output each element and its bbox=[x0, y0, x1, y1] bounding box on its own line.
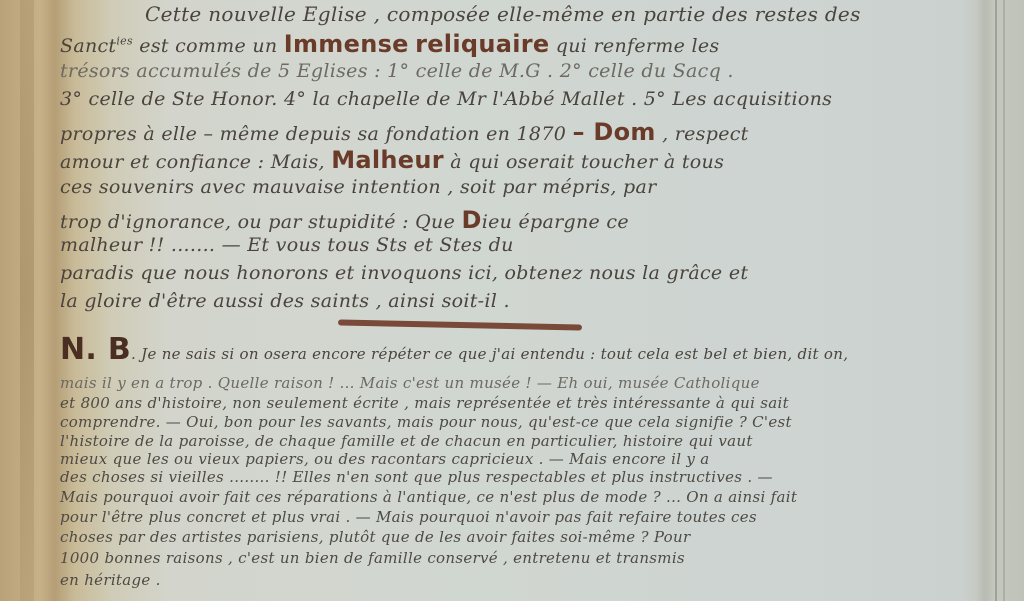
manuscript-line: 3° celle de Ste Honor. 4° la chapelle de… bbox=[60, 88, 832, 110]
manuscript-line: propres à elle – même depuis sa fondatio… bbox=[60, 118, 749, 146]
manuscript-line: l'histoire de la paroisse, de chaque fam… bbox=[60, 432, 753, 450]
manuscript-line: et 800 ans d'histoire, non seulement écr… bbox=[60, 394, 789, 412]
manuscript-line: Mais pourquoi avoir fait ces réparations… bbox=[60, 488, 797, 506]
superscript: ies bbox=[116, 35, 133, 48]
line-text: des choses si vieilles ........ !! Elles… bbox=[60, 468, 773, 486]
line-text: qui renferme les bbox=[549, 35, 719, 57]
manuscript-line: ces souvenirs avec mauvaise intention , … bbox=[60, 176, 656, 198]
emphasis-word: Immense bbox=[284, 30, 409, 58]
manuscript-line: choses par des artistes parisiens, plutô… bbox=[60, 528, 690, 546]
manuscript-line: amour et confiance : Mais, Malheur à qui… bbox=[60, 146, 724, 174]
line-text: Cette nouvelle Eglise , composée elle-mê… bbox=[145, 2, 861, 26]
line-text: ieu épargne ce bbox=[482, 211, 629, 233]
manuscript-line: Sancties est comme un Immense reliquaire… bbox=[60, 30, 719, 58]
manuscript-line: trésors accumulés de 5 Eglises : 1° cell… bbox=[60, 60, 734, 82]
line-text: trop d'ignorance, ou par stupidité : Que bbox=[60, 211, 461, 233]
emphasis-word: D bbox=[461, 206, 481, 234]
line-text: trésors accumulés de 5 Eglises : 1° cell… bbox=[60, 60, 734, 82]
line-text: comprendre. — Oui, bon pour les savants,… bbox=[60, 413, 792, 431]
line-text: paradis que nous honorons et invoquons i… bbox=[60, 262, 748, 284]
line-text: à qui oserait toucher à tous bbox=[444, 151, 724, 173]
line-text: 3° celle de Ste Honor. 4° la chapelle de… bbox=[60, 88, 832, 110]
line-text: l'histoire de la paroisse, de chaque fam… bbox=[60, 432, 753, 450]
manuscript-line: comprendre. — Oui, bon pour les savants,… bbox=[60, 413, 792, 431]
manuscript-line: Cette nouvelle Eglise , composée elle-mê… bbox=[145, 2, 861, 26]
line-text: est comme un bbox=[133, 35, 284, 57]
line-text: choses par des artistes parisiens, plutô… bbox=[60, 528, 690, 546]
margin-stain bbox=[20, 0, 34, 601]
frame-border-line bbox=[995, 0, 997, 601]
manuscript-line: en héritage . bbox=[60, 571, 161, 589]
manuscript-line: des choses si vieilles ........ !! Elles… bbox=[60, 468, 773, 486]
line-text: malheur !! ....... — Et vous tous Sts et… bbox=[60, 234, 514, 256]
line-text: . Je ne sais si on osera encore répéter … bbox=[131, 345, 848, 363]
manuscript-page: Cette nouvelle Eglise , composée elle-mê… bbox=[0, 0, 1024, 601]
line-text: amour et confiance : Mais, bbox=[60, 151, 331, 173]
line-text: et 800 ans d'histoire, non seulement écr… bbox=[60, 394, 789, 412]
emphasis-word: reliquaire bbox=[415, 30, 549, 58]
line-text: mieux que les ou vieux papiers, ou des r… bbox=[60, 450, 709, 468]
line-text: pour l'être plus concret et plus vrai . … bbox=[60, 508, 757, 526]
manuscript-line: mieux que les ou vieux papiers, ou des r… bbox=[60, 450, 709, 468]
manuscript-line: malheur !! ....... — Et vous tous Sts et… bbox=[60, 234, 514, 256]
line-text: Sanct bbox=[60, 35, 116, 57]
manuscript-line: la gloire d'être aussi des saints , ains… bbox=[60, 290, 510, 312]
manuscript-line: mais il y en a trop . Quelle raison ! ..… bbox=[60, 374, 760, 392]
line-text: en héritage . bbox=[60, 571, 161, 589]
line-text: Mais pourquoi avoir fait ces réparations… bbox=[60, 488, 797, 506]
manuscript-line: pour l'être plus concret et plus vrai . … bbox=[60, 508, 757, 526]
decorative-divider-stroke bbox=[338, 319, 582, 330]
emphasis-word: Malheur bbox=[331, 146, 444, 174]
line-text: 1000 bonnes raisons , c'est un bien de f… bbox=[60, 549, 685, 567]
emphasis-word: – Dom bbox=[572, 118, 655, 146]
nb-label: N. B bbox=[60, 332, 131, 367]
manuscript-line: paradis que nous honorons et invoquons i… bbox=[60, 262, 748, 284]
line-text: la gloire d'être aussi des saints , ains… bbox=[60, 290, 510, 312]
manuscript-line: N. B. Je ne sais si on osera encore répé… bbox=[60, 332, 848, 367]
line-text: , respect bbox=[656, 123, 749, 145]
line-text: propres à elle – même depuis sa fondatio… bbox=[60, 123, 572, 145]
manuscript-line: 1000 bonnes raisons , c'est un bien de f… bbox=[60, 549, 685, 567]
line-text: ces souvenirs avec mauvaise intention , … bbox=[60, 176, 656, 198]
frame-border-line bbox=[1003, 0, 1005, 601]
manuscript-line: trop d'ignorance, ou par stupidité : Que… bbox=[60, 206, 629, 234]
line-text: mais il y en a trop . Quelle raison ! ..… bbox=[60, 374, 760, 392]
